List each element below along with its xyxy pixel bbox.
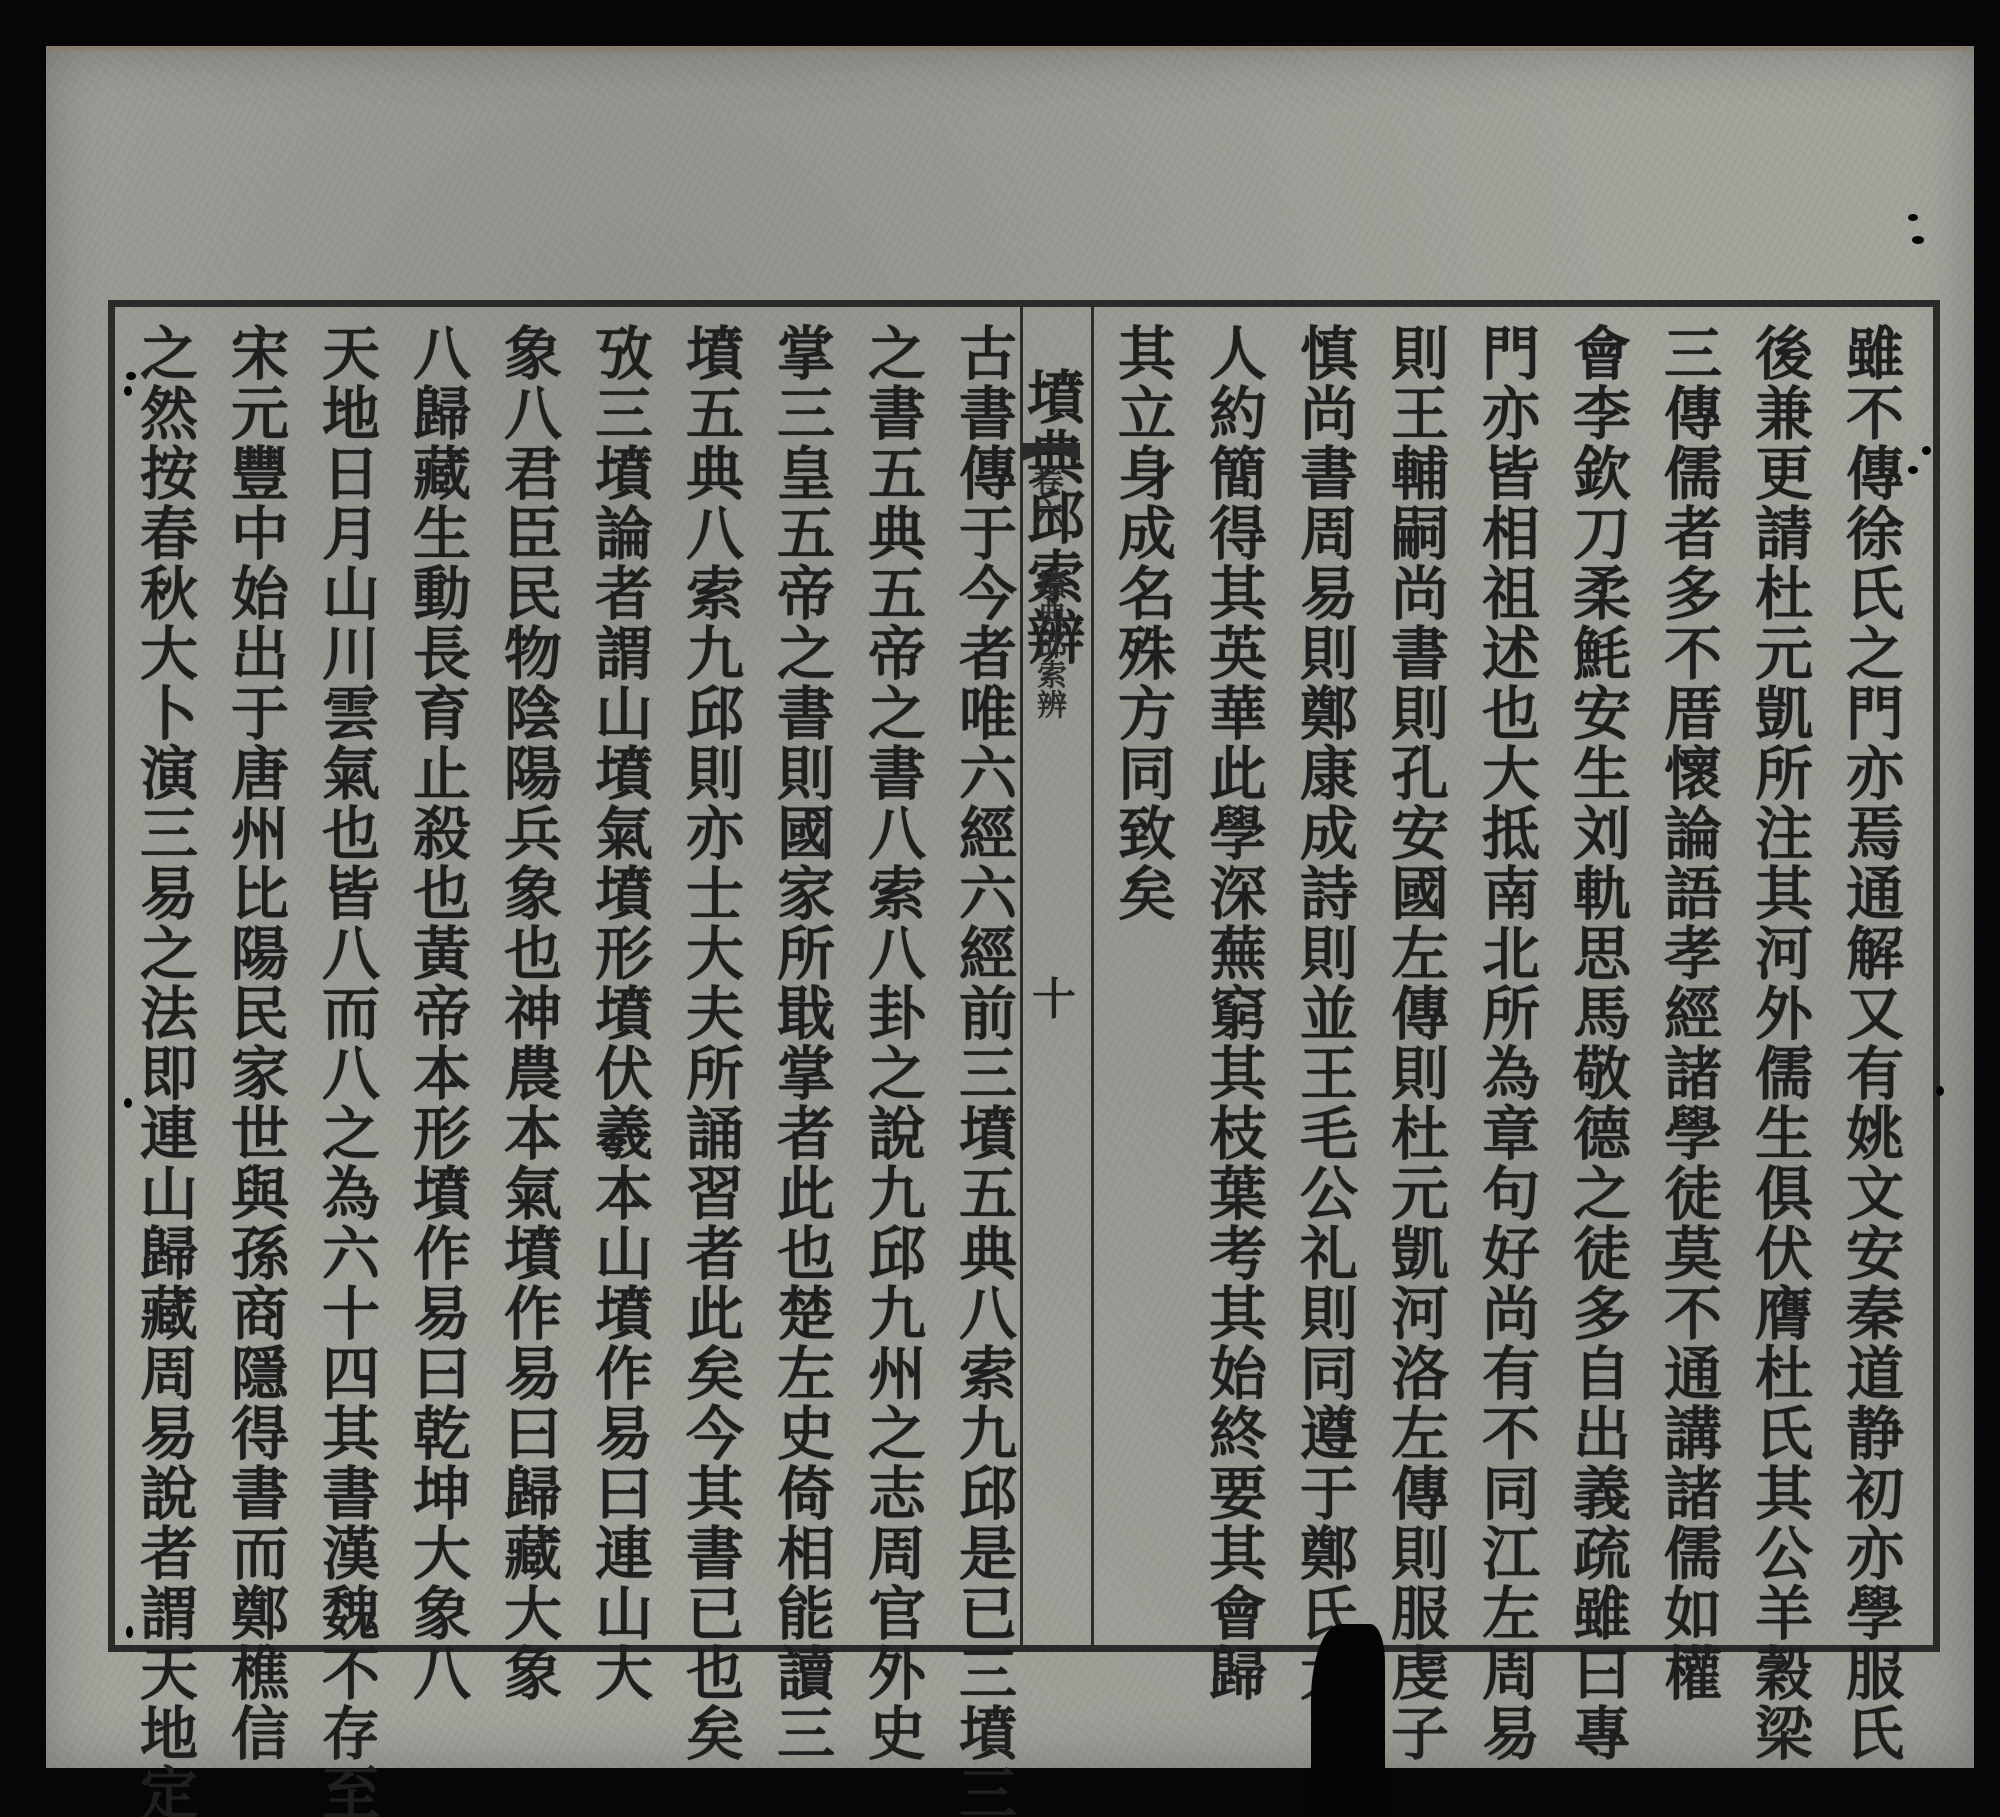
- spine-rule-right: [1091, 307, 1094, 1645]
- wormhole-icon: [1922, 446, 1931, 455]
- wormhole-icon: [126, 372, 136, 380]
- text-column: 人約簡得其英華此學深蕪窮其枝葉考其始終要其會歸: [1187, 307, 1278, 1645]
- wormhole-icon: [1912, 236, 1924, 244]
- text-column: 八歸藏生動長育止殺也黃帝本形墳作易曰乾坤大象八: [391, 307, 482, 1645]
- text-column: 後兼更請杜元凱所注其河外儒生俱伏膺杜氏其公羊穀梁: [1733, 307, 1824, 1645]
- wormhole-icon: [126, 1626, 133, 1638]
- text-column: 墳五典八索九邱則亦士大夫所誦習者此矣今其書已也矣: [664, 307, 755, 1645]
- text-column: 象八君臣民物陰陽兵象也神農本氣墳作易曰歸藏大象: [482, 307, 573, 1645]
- text-column: 慎尚書周易則鄭康成詩則並王毛公礼則同遵于鄭氏大: [1278, 307, 1369, 1645]
- printed-frame: 雖不傳徐氏之門亦焉通解又有姚文安秦道静初亦學服氏 後兼更請杜元凱所注其河外儒生俱…: [108, 300, 1940, 1652]
- text-column: 門亦皆相祖述也大抵南北所為章句好尚有不同江左周易: [1460, 307, 1551, 1645]
- text-column: 雖不傳徐氏之門亦焉通解又有姚文安秦道静初亦學服氏: [1824, 307, 1915, 1645]
- text-column: 天地日月山川雲氣也皆八而八之為六十四其書漢魏不存至: [300, 307, 391, 1645]
- spine-page-number: 十: [1032, 963, 1076, 1027]
- spine-banxin: 卷六 墳典邱索辨 十: [1018, 307, 1102, 1645]
- text-column: 宋元豐中始出于唐州比陽民家世與孫商隱得書而鄭樵信: [209, 307, 300, 1645]
- left-half-text: 古書傳于今者唯六經六經前三墳五典八索九邱是已三墳三皇 之書五典五帝之書八索八卦之…: [123, 307, 1028, 1645]
- right-half-text: 雖不傳徐氏之門亦焉通解又有姚文安秦道静初亦學服氏 後兼更請杜元凱所注其河外儒生俱…: [1063, 307, 1919, 1645]
- text-column: 其立身成名殊方同致矣: [1096, 307, 1187, 1645]
- text-column: 則王輔嗣尚書則孔安國左傳則杜元凱河洛左傳則服虔子: [1369, 307, 1460, 1645]
- spine-juan-label: 卷六: [1026, 465, 1066, 529]
- wormhole-icon: [1908, 466, 1918, 474]
- paper-tear-damage: [1311, 1624, 1385, 1814]
- wormhole-icon: [124, 1098, 132, 1108]
- spine-title: 墳典邱索辨: [1030, 569, 1066, 719]
- text-column: 之然按春秋大卜演三易之法即連山歸藏周易說者謂天地定: [118, 307, 209, 1645]
- text-column: 攷三墳論者謂山墳氣墳形墳伏羲本山墳作易曰連山大: [573, 307, 664, 1645]
- text-column: 之書五典五帝之書八索八卦之說九邱九州之志周官外史: [846, 307, 937, 1645]
- paper-top-edge: [46, 46, 1974, 51]
- text-column: 掌三皇五帝之書則國家所戢掌者此也楚左史倚相能讀三: [755, 307, 846, 1645]
- text-column: 三傳儒者多不厝懷論語孝經諸學徒莫不通講諸儒如權: [1642, 307, 1733, 1645]
- wormhole-icon: [124, 386, 132, 396]
- text-column: 會李欽刀柔魹安生刘軌思馬敬德之徒多自出義疏雖曰專: [1551, 307, 1642, 1645]
- wormhole-icon: [1936, 1086, 1944, 1096]
- text-column: 古書傳于今者唯六經六經前三墳五典八索九邱是已三墳三皇: [937, 307, 1028, 1645]
- wormhole-icon: [1908, 214, 1918, 221]
- fishtail-mark-icon: [1022, 443, 1080, 461]
- book-leaf: 雖不傳徐氏之門亦焉通解又有姚文安秦道静初亦學服氏 後兼更請杜元凱所注其河外儒生俱…: [46, 46, 1974, 1768]
